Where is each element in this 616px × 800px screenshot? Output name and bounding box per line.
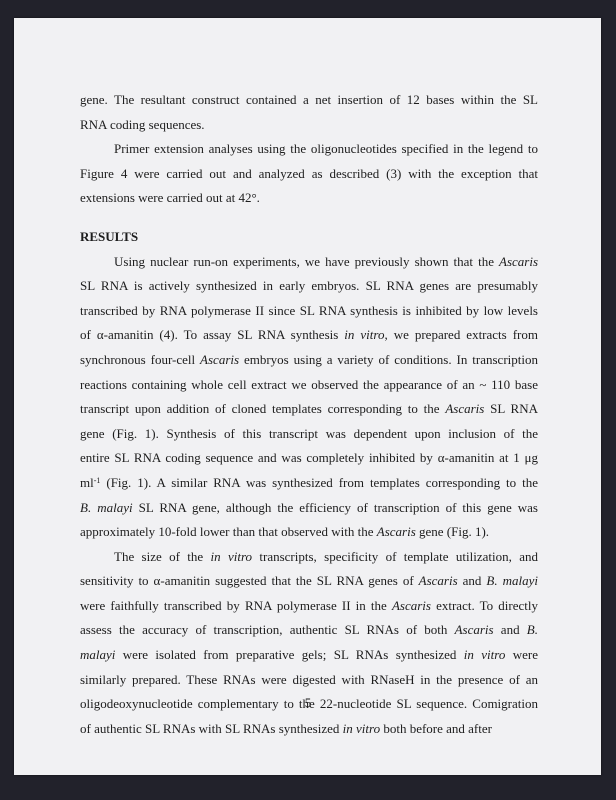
text-line: The size of the in vitro transcripts, sp…	[80, 545, 538, 570]
text-line: Using nuclear run-on experiments, we hav…	[80, 250, 538, 275]
text-line: malayi were isolated from preparative ge…	[80, 643, 538, 668]
paragraph-results-1: Using nuclear run-on experiments, we hav…	[80, 250, 538, 545]
text-line: approximately 10-fold lower than that ob…	[80, 520, 538, 545]
text-line: B. malayi SL RNA gene, although the effi…	[80, 496, 538, 521]
text-line: were faithfully transcribed by RNA polym…	[80, 594, 538, 619]
text-line: SL RNA is actively synthesized in early …	[80, 274, 538, 299]
text-line: extensions were carried out at 42°.	[80, 186, 538, 211]
text-line: Figure 4 were carried out and analyzed a…	[80, 162, 538, 187]
section-gap	[80, 211, 538, 219]
paragraph-primer-extension: Primer extension analyses using the olig…	[80, 137, 538, 211]
text-line: transcript upon addition of cloned templ…	[80, 397, 538, 422]
text-line: synchronous four-cell Ascaris embryos us…	[80, 348, 538, 373]
text-line: assess the accuracy of transcription, au…	[80, 618, 538, 643]
text-line: Primer extension analyses using the olig…	[80, 137, 538, 162]
text-line: gene. The resultant construct contained …	[80, 88, 538, 113]
text-line: entire SL RNA coding sequence and was co…	[80, 446, 538, 471]
paragraph-methods-end: gene. The resultant construct contained …	[80, 88, 538, 137]
document-body: gene. The resultant construct contained …	[80, 88, 538, 741]
text-line: transcribed by RNA polymerase II since S…	[80, 299, 538, 324]
page-number: 5	[0, 695, 616, 711]
text-line: ml-1 (Fig. 1). A similar RNA was synthes…	[80, 471, 538, 496]
text-line: of α-amanitin (4). To assay SL RNA synth…	[80, 323, 538, 348]
text-line: sensitivity to α-amanitin suggested that…	[80, 569, 538, 594]
text-line: similarly prepared. These RNAs were dige…	[80, 668, 538, 693]
text-line: gene (Fig. 1). Synthesis of this transcr…	[80, 422, 538, 447]
text-line: RNA coding sequences.	[80, 113, 538, 138]
paragraph-results-2: The size of the in vitro transcripts, sp…	[80, 545, 538, 742]
section-heading-results: RESULTS	[80, 225, 538, 250]
text-line: of authentic SL RNAs with SL RNAs synthe…	[80, 717, 538, 742]
text-line: reactions containing whole cell extract …	[80, 373, 538, 398]
